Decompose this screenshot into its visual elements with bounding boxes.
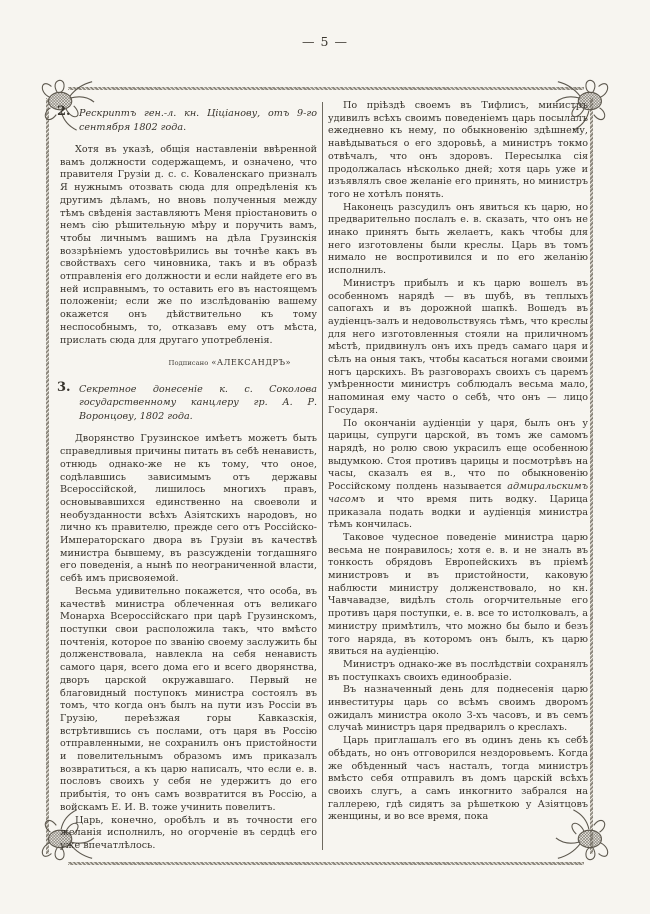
right-paragraph-1: По пріѣздѣ своемъ въ Тифлисъ, министръ у…	[328, 100, 588, 202]
section-3-number: 3.	[57, 381, 71, 395]
signature-line: Подписано «АЛЕКСАНДРЪ»	[60, 356, 291, 370]
right-paragraph-6: Министръ однако-же въ послѣдствіи сохран…	[328, 659, 588, 684]
right-paragraph-2: Наконецъ разсудилъ онъ явиться къ царю, …	[328, 202, 588, 278]
page-number: — 5 —	[0, 34, 650, 49]
right-paragraph-4-after: и что время пить водку. Царица приказала…	[328, 494, 588, 530]
right-paragraph-3: Министръ прибылъ и къ царю вошелъ въ осо…	[328, 278, 588, 418]
frame-rule-right	[590, 98, 593, 854]
section-3-title: Секретное донесеніе к. с. Соколова госуд…	[79, 384, 317, 422]
section-2-number: 2.	[57, 105, 71, 119]
right-paragraph-7: Въ назначенный день для поднесенія царю …	[328, 684, 588, 735]
frame-rule-bottom	[68, 862, 584, 865]
right-paragraph-4: По окончаніи аудіенціи у царя, былъ онъ …	[328, 418, 588, 532]
frame-rule-left	[46, 98, 49, 854]
frame-rule-top	[68, 87, 584, 90]
signature-label: Подписано	[169, 359, 209, 367]
column-divider	[322, 102, 323, 850]
left-column: 2. Рескриптъ ген.-л. кн. Ціціанову, отъ …	[60, 100, 317, 856]
section-3-heading: 3. Секретное донесеніе к. с. Соколова го…	[60, 383, 317, 424]
text-area: 2. Рескриптъ ген.-л. кн. Ціціанову, отъ …	[60, 100, 588, 856]
section-2-heading: 2. Рескриптъ ген.-л. кн. Ціціанову, отъ …	[60, 107, 317, 134]
right-column: По пріѣздѣ своемъ въ Тифлисъ, министръ у…	[328, 100, 588, 856]
left-paragraph-1: Хотя въ указѣ, общія наставленіи ввѣренн…	[60, 144, 317, 347]
left-paragraph-4: Царь, конечно, оробѣлъ и въ точности его…	[60, 815, 317, 853]
left-paragraph-2: Дворянство Грузинское имѣетъ можетъ быть…	[60, 433, 317, 585]
section-2-title: Рескриптъ ген.-л. кн. Ціціанову, отъ 9-г…	[79, 108, 317, 133]
right-paragraph-8: Царь приглашалъ его въ одинъ день къ себ…	[328, 735, 588, 824]
right-paragraph-5: Таковое чудесное поведеніе министра царю…	[328, 532, 588, 659]
signature-name: «АЛЕКСАНДРЪ»	[211, 357, 291, 367]
scanned-book-page: { "page": { "number_display": "— 5 —", "…	[0, 0, 650, 914]
left-paragraph-3: Весьма удивительно покажется, что особа,…	[60, 586, 317, 815]
